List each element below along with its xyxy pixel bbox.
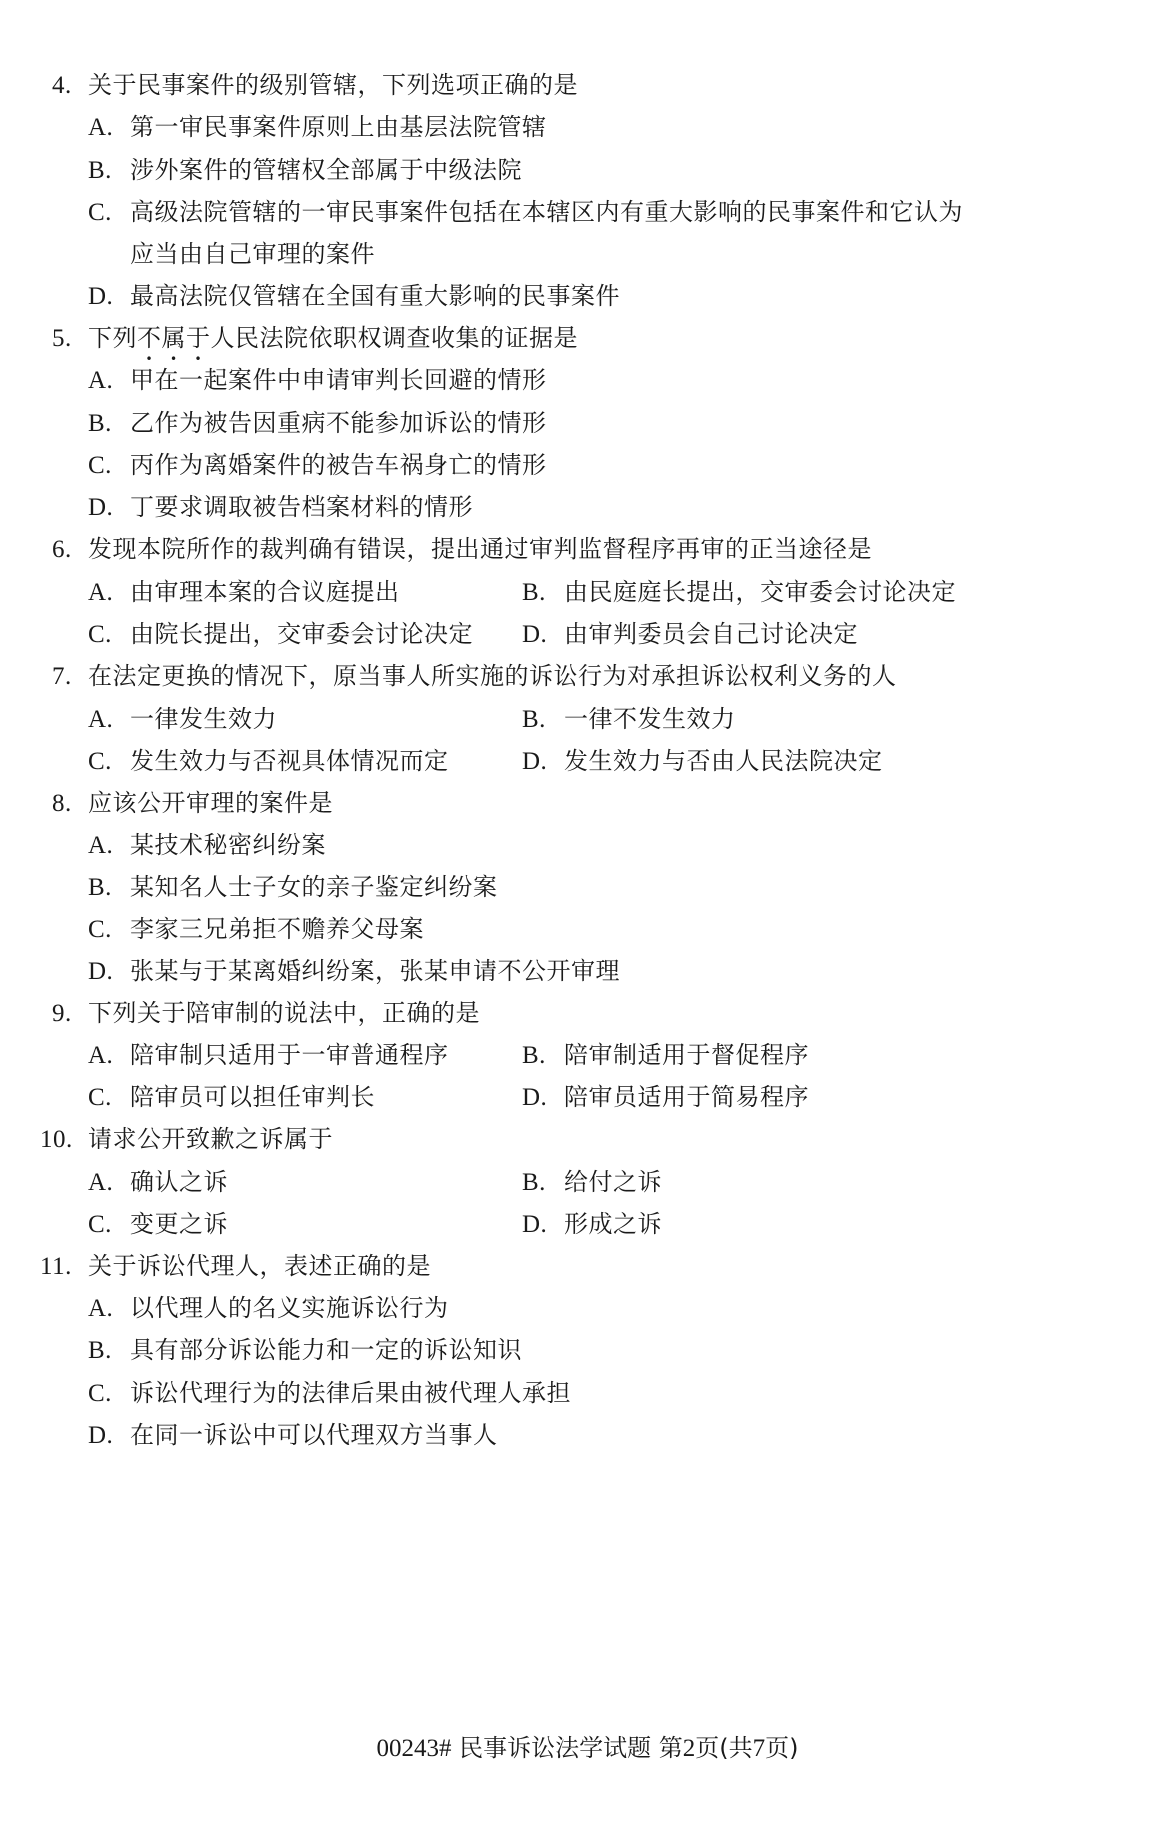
question-10-option-c: C.变更之诉 [88,1209,228,1240]
page-total: 7 [753,1735,766,1762]
question-text: 关于民事案件的级别管辖，下列选项正确的是 [88,71,578,99]
question-8-option-d: D.张某与于某离婚纠纷案，张某申请不公开审理 [88,956,620,987]
question-4-stem: 4.关于民事案件的级别管辖，下列选项正确的是 [52,70,578,101]
question-4-option-c: C.高级法院管辖的一审民事案件包括在本辖区内有重大影响的民事案件和它认为 [88,197,963,228]
question-4-option-d: D.最高法院仅管辖在全国有重大影响的民事案件 [88,281,620,312]
question-7-option-a: A.一律发生效力 [88,704,277,735]
question-9-stem: 9.下列关于陪审制的说法中，正确的是 [52,998,480,1029]
question-number: 11. [40,1252,88,1282]
question-11-option-b: B.具有部分诉讼能力和一定的诉讼知识 [88,1335,522,1366]
question-number: 8. [52,789,88,819]
question-5-option-d: D.丁要求调取被告档案材料的情形 [88,492,473,523]
question-number: 10. [40,1125,88,1155]
question-9-option-d: D.陪审员适用于简易程序 [522,1082,809,1113]
exam-page: 4.关于民事案件的级别管辖，下列选项正确的是 A.第一审民事案件原则上由基层法院… [0,0,1175,1838]
question-6-option-d: D.由审判委员会自己讨论决定 [522,619,858,650]
page-footer: 00243# 民事诉讼法学试题 第2页(共7页) [0,1733,1175,1764]
question-7-option-d: D.发生效力与否由人民法院决定 [522,746,883,777]
question-5-option-a: A.甲在一起案件中申请审判长回避的情形 [88,365,547,396]
question-7-option-c: C.发生效力与否视具体情况而定 [88,746,449,777]
exam-subject: 民事诉讼法学试题 [459,1734,651,1762]
question-number: 5. [52,324,88,354]
question-9-option-c: C.陪审员可以担任审判长 [88,1082,375,1113]
question-4-option-b: B.涉外案件的管辖权全部属于中级法院 [88,155,522,186]
question-5-stem: 5.下列不属于人民法院依职权调查收集的证据是 [52,323,578,366]
question-number: 6. [52,535,88,565]
question-6-option-c: C.由院长提出，交审委会讨论决定 [88,619,473,650]
question-11-option-a: A.以代理人的名义实施诉讼行为 [88,1293,449,1324]
question-10-stem: 10.请求公开致歉之诉属于 [40,1124,333,1155]
question-9-option-a: A.陪审制只适用于一审普通程序 [88,1040,449,1071]
question-5-option-c: C.丙作为离婚案件的被告车祸身亡的情形 [88,450,547,481]
question-11-option-c: C.诉讼代理行为的法律后果由被代理人承担 [88,1378,571,1409]
question-8-option-c: C.李家三兄弟拒不赡养父母案 [88,914,424,945]
question-6-stem: 6.发现本院所作的裁判确有错误，提出通过审判监督程序再审的正当途径是 [52,534,872,565]
page-number: 2 [683,1735,696,1762]
question-4-option-c-continuation: 应当由自己审理的案件 [130,239,375,269]
question-8-stem: 8.应该公开审理的案件是 [52,788,333,819]
question-number: 7. [52,662,88,692]
question-9-option-b: B.陪审制适用于督促程序 [522,1040,809,1071]
question-10-option-d: D.形成之诉 [522,1209,662,1240]
question-4-option-a: A.第一审民事案件原则上由基层法院管辖 [88,112,547,143]
question-8-option-b: B.某知名人士子女的亲子鉴定纠纷案 [88,872,498,903]
question-11-option-d: D.在同一诉讼中可以代理双方当事人 [88,1420,498,1451]
emphasized-text: 不属于 [137,324,211,352]
question-number: 9. [52,999,88,1029]
question-10-option-a: A.确认之诉 [88,1167,228,1198]
question-7-stem: 7.在法定更换的情况下，原当事人所实施的诉讼行为对承担诉讼权利义务的人 [52,661,897,692]
question-10-option-b: B.给付之诉 [522,1167,662,1198]
question-8-option-a: A.某技术秘密纠纷案 [88,830,326,861]
question-7-option-b: B.一律不发生效力 [522,704,736,735]
question-6-option-a: A.由审理本案的合议庭提出 [88,577,400,608]
question-6-option-b: B.由民庭庭长提出，交审委会讨论决定 [522,577,956,608]
question-11-stem: 11.关于诉讼代理人，表述正确的是 [40,1251,431,1282]
exam-code: 00243# [376,1735,451,1762]
question-5-option-b: B.乙作为被告因重病不能参加诉讼的情形 [88,408,547,439]
question-number: 4. [52,71,88,101]
